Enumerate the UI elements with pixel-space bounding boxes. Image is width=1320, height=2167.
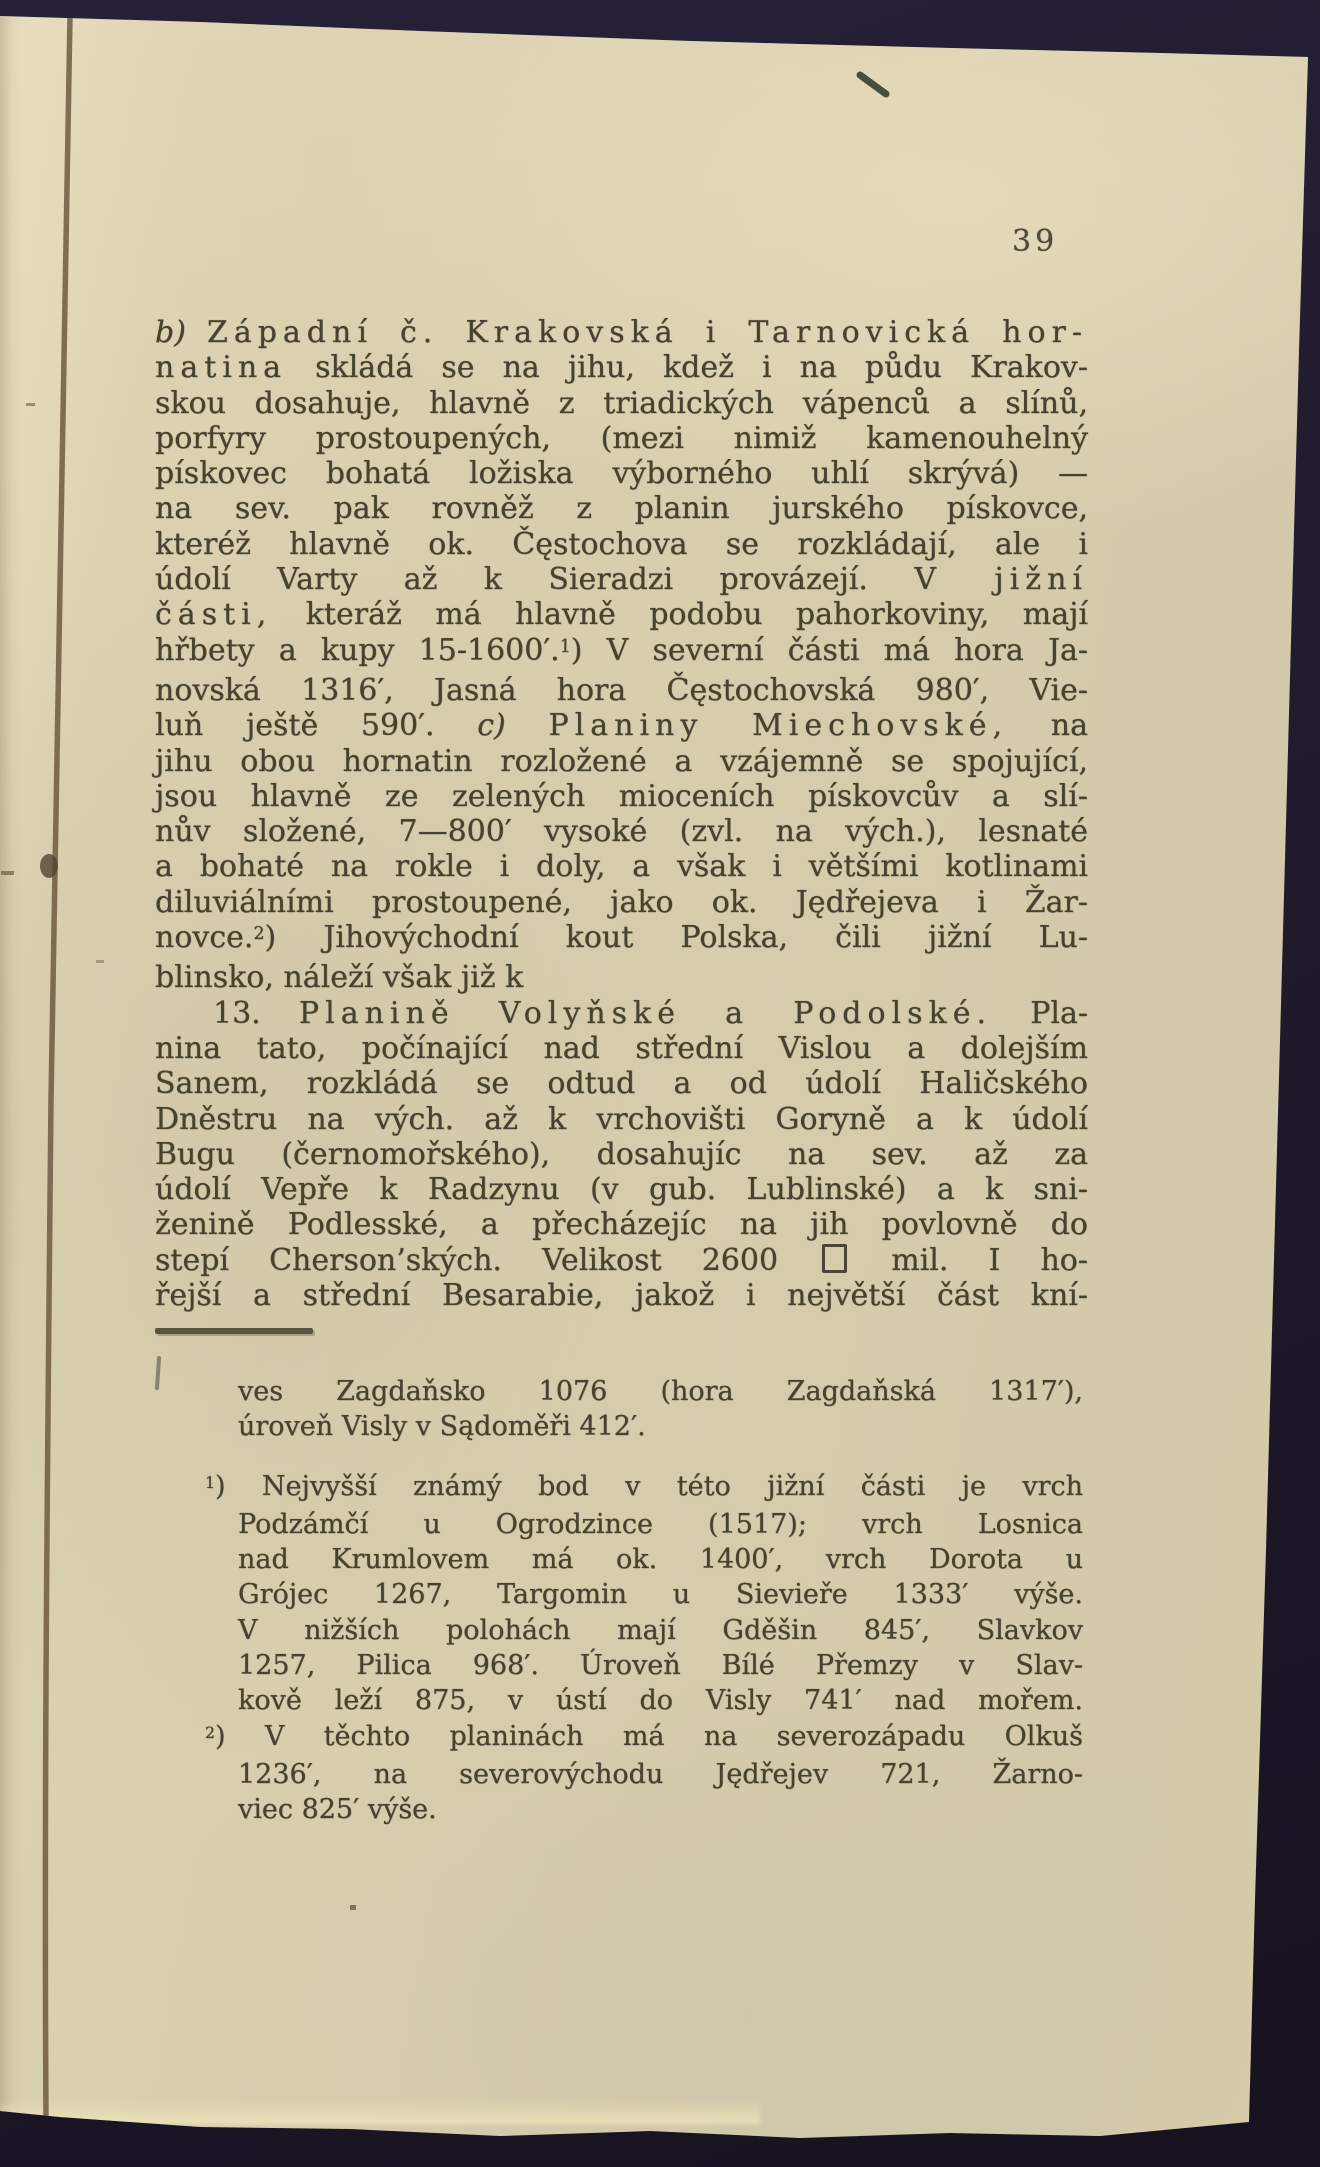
text-line: kově leží 875, v ústí do Visly 741′ nad … xyxy=(205,1683,1083,1718)
text-line: 1257, Pilica 968′. Úroveň Bílé Přemzy v … xyxy=(205,1648,1083,1683)
text-line: b) Západní č. Krakovská i Tarnovická hor… xyxy=(155,315,1088,350)
text-line: hřbety a kupy 15-1600′.1) V severní část… xyxy=(155,633,1088,673)
text-line: diluviálními prostoupené, jako ok. Jędře… xyxy=(155,885,1088,920)
text-line: stepí Cherson’ských. Velikost 2600 mil. … xyxy=(155,1243,1088,1278)
fold-line-blot xyxy=(40,854,58,878)
rule-ink-blot xyxy=(155,1356,161,1390)
text-line: Bugu (černomořského), dosahujíc na sev. … xyxy=(155,1137,1088,1172)
page-fold-line xyxy=(45,16,70,2120)
text-line: nad Krumlovem má ok. 1400′, vrch Dorota … xyxy=(205,1542,1083,1577)
text-line: jihu obou hornatin rozložené a vzájemně … xyxy=(155,744,1088,779)
text-line: a bohaté na rokle i doly, a však i větší… xyxy=(155,849,1088,884)
text-line: natina skládá se na jihu, kdež i na půdu… xyxy=(155,350,1088,385)
text-line: nina tato, počínající nad střední Vislou… xyxy=(155,1031,1088,1066)
footnote-separator-rule xyxy=(155,1328,313,1334)
ink-speckle xyxy=(350,1905,356,1910)
pen-mark xyxy=(860,75,886,94)
text-line: novská 1316′, Jasná hora Čęstochovská 98… xyxy=(155,673,1088,708)
text-line: novce.2) Jihovýchodní kout Polska, čili … xyxy=(155,920,1088,960)
text-line: kteréž hlavně ok. Čęstochova se rozkláda… xyxy=(155,527,1088,562)
text-line: skou dosahuje, hlavně z triadických vápe… xyxy=(155,386,1088,421)
text-line: Podzámčí u Ogrodzince (1517); vrch Losni… xyxy=(205,1507,1083,1542)
ink-speckle xyxy=(96,960,104,963)
text-line: 13. Planině Volyňské a Podolské. Pla- xyxy=(155,996,1088,1031)
text-line: řejší a střední Besarabie, jakož i nejvě… xyxy=(155,1278,1088,1313)
text-line: 2) V těchto planinách má na severozápadu… xyxy=(205,1719,1083,1757)
text-line: na sev. pak rovněž z planin jurského pís… xyxy=(155,491,1088,526)
text-line: ženině Podlesské, a přecházejíc na jih p… xyxy=(155,1207,1088,1242)
paper: 39 b) Západní č. Krakovská i Tarnovická … xyxy=(0,0,1320,2167)
text-line: údolí Varty až k Sieradzi provázejí. V j… xyxy=(155,562,1088,597)
text-line: V nižších polohách mají Gděšin 845′, Sla… xyxy=(205,1613,1083,1648)
ink-speckle xyxy=(26,403,35,406)
text-line: úroveň Visly v Sądoměři 412′. xyxy=(205,1409,1083,1444)
main-text: b) Západní č. Krakovská i Tarnovická hor… xyxy=(155,315,1088,1313)
text-line: Dněstru na vých. až k vrchovišti Goryně … xyxy=(155,1102,1088,1137)
text-line: 1) Nejvyšší známý bod v této jižní části… xyxy=(205,1469,1083,1507)
text-line: Sanem, rozkládá se odtud a od údolí Hali… xyxy=(155,1066,1088,1101)
text-line: Grójec 1267, Targomin u Sievieře 1333′ v… xyxy=(205,1577,1083,1612)
text-line: luň ještě 590′. c) Planiny Miechovské, n… xyxy=(155,708,1088,743)
paper-wear-highlight xyxy=(0,2098,760,2124)
text-line: části, kteráž má hlavně podobu pahorkovi… xyxy=(155,597,1088,632)
text-line: porfyry prostoupených, (mezi nimiž kamen… xyxy=(155,421,1088,456)
footnote-section: ves Zagdaňsko 1076 (hora Zagdaňská 1317′… xyxy=(205,1374,1083,1828)
scan-background: 39 b) Západní č. Krakovská i Tarnovická … xyxy=(0,0,1320,2167)
text-line: nův složené, 7—800′ vysoké (zvl. na vých… xyxy=(155,814,1088,849)
text-line: 1236′, na severovýchodu Jędřejev 721, Ža… xyxy=(205,1757,1083,1792)
text-line: pískovec bohatá ložiska výborného uhlí s… xyxy=(155,456,1088,491)
text-line: blinsko, náleží však již k xyxy=(155,960,1088,995)
page-number: 39 xyxy=(1012,224,1058,259)
text-line: jsou hlavně ze zelených mioceních pískov… xyxy=(155,779,1088,814)
text-line: údolí Vepře k Radzynu (v gub. Lublinské)… xyxy=(155,1172,1088,1207)
ink-speckle xyxy=(1,871,14,875)
square-mile-symbol xyxy=(822,1244,847,1273)
text-line: viec 825′ výše. xyxy=(205,1792,1083,1827)
text-line: ves Zagdaňsko 1076 (hora Zagdaňská 1317′… xyxy=(205,1374,1083,1409)
